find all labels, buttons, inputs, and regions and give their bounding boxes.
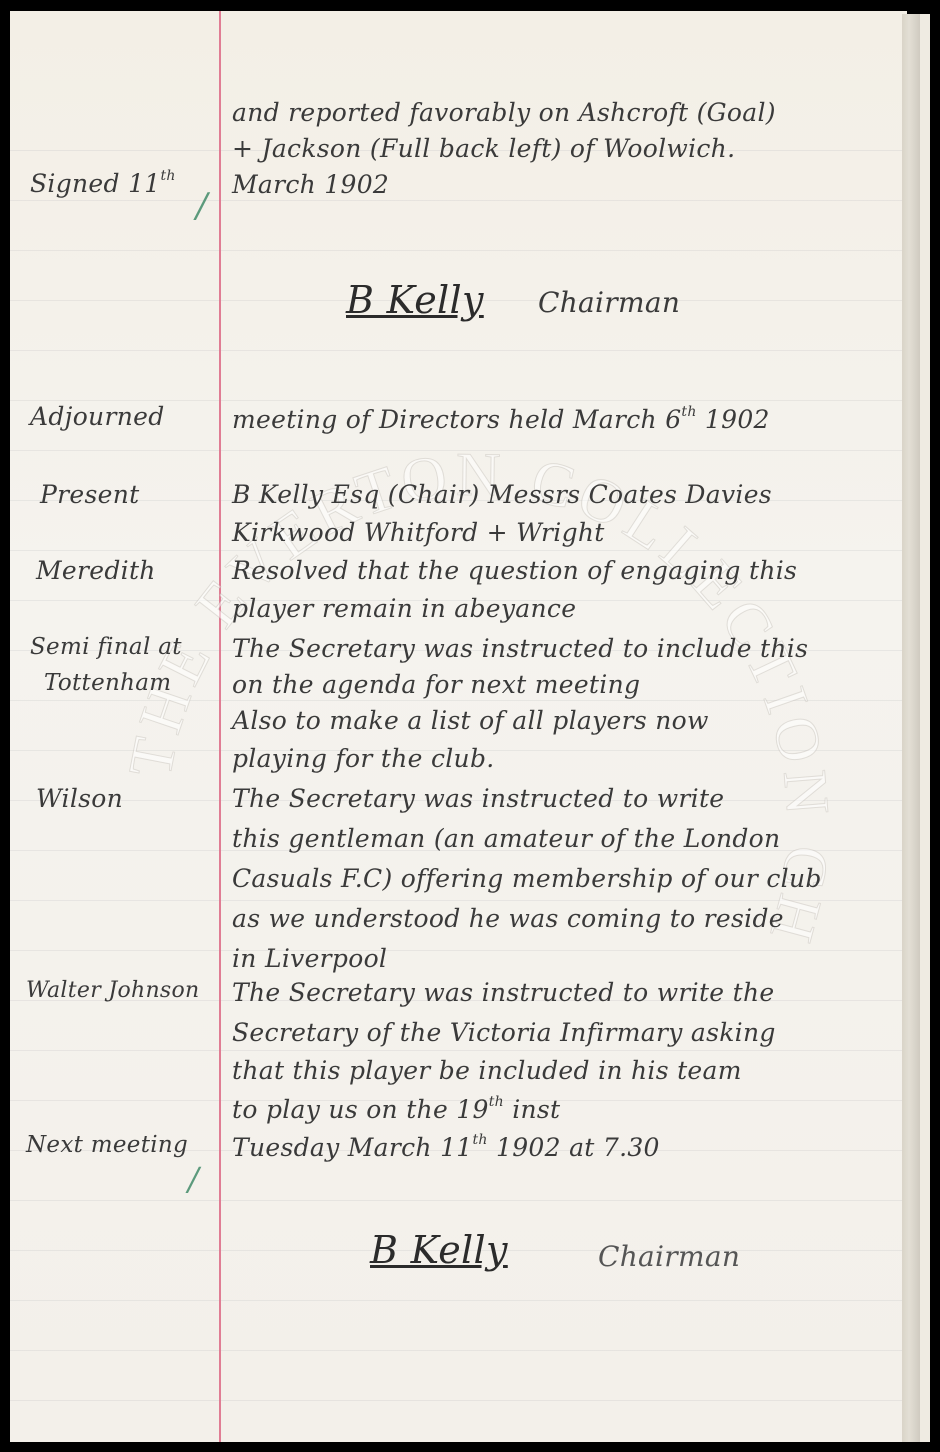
johnson-line-3: that this player be included in his team — [232, 1056, 742, 1085]
wilson-line-3: Casuals F.C) offering membership of our … — [232, 864, 822, 893]
chairman-signature: B Kelly — [346, 278, 484, 322]
page-edge — [920, 14, 930, 1442]
johnson-line-1: The Secretary was instructed to write th… — [232, 978, 774, 1007]
johnson-line-2: Secretary of the Victoria Infirmary aski… — [232, 1018, 776, 1047]
signed-date: March 1902 — [232, 170, 389, 199]
johnson-line-4: to play us on the 19th inst — [232, 1094, 560, 1124]
meredith-line-2: player remain in abeyance — [232, 594, 576, 623]
chairman-title-2: Chairman — [598, 1240, 740, 1273]
continuation-line-1: and reported favorably on Ashcroft (Goal… — [232, 98, 776, 127]
continuation-line-2: + Jackson (Full back left) of Woolwich. — [232, 134, 735, 163]
meredith-line-1: Resolved that the question of engaging t… — [232, 556, 797, 585]
green-tick-mark-2: / — [188, 1160, 199, 1198]
present-line-1: B Kelly Esq (Chair) Messrs Coates Davies — [232, 480, 772, 509]
semi-final-line-1: The Secretary was instructed to include … — [232, 634, 808, 663]
semi-final-line-3: Also to make a list of all players now — [232, 706, 709, 735]
walter-johnson-label: Walter Johnson — [26, 978, 200, 1003]
semi-final-label: Semi final at — [30, 634, 182, 660]
chairman-signature-2: B Kelly — [370, 1228, 508, 1272]
next-meeting-text: Tuesday March 11th 1902 at 7.30 — [232, 1132, 660, 1162]
wilson-line-2: this gentleman (an amateur of the London — [232, 824, 780, 853]
present-label: Present — [40, 480, 139, 509]
margin-rule — [219, 11, 221, 1442]
semi-final-line-4: playing for the club. — [232, 744, 495, 773]
wilson-line-5: in Liverpool — [232, 944, 387, 973]
wilson-label: Wilson — [36, 784, 123, 813]
adjourned-label: Adjourned — [30, 402, 165, 431]
book-spine — [902, 14, 920, 1442]
next-meeting-label: Next meeting — [26, 1132, 188, 1158]
present-line-2: Kirkwood Whitford + Wright — [232, 518, 605, 547]
adjourned-text: meeting of Directors held March 6th 1902 — [232, 404, 770, 434]
meredith-label: Meredith — [36, 556, 156, 585]
tottenham-label: Tottenham — [44, 670, 171, 696]
chairman-title: Chairman — [538, 286, 680, 319]
wilson-line-4: as we understood he was coming to reside — [232, 904, 784, 933]
green-tick-mark: / — [196, 186, 207, 226]
signed-label: Signed 11th — [30, 168, 176, 198]
semi-final-line-2: on the agenda for next meeting — [232, 670, 640, 699]
wilson-line-1: The Secretary was instructed to write — [232, 784, 724, 813]
